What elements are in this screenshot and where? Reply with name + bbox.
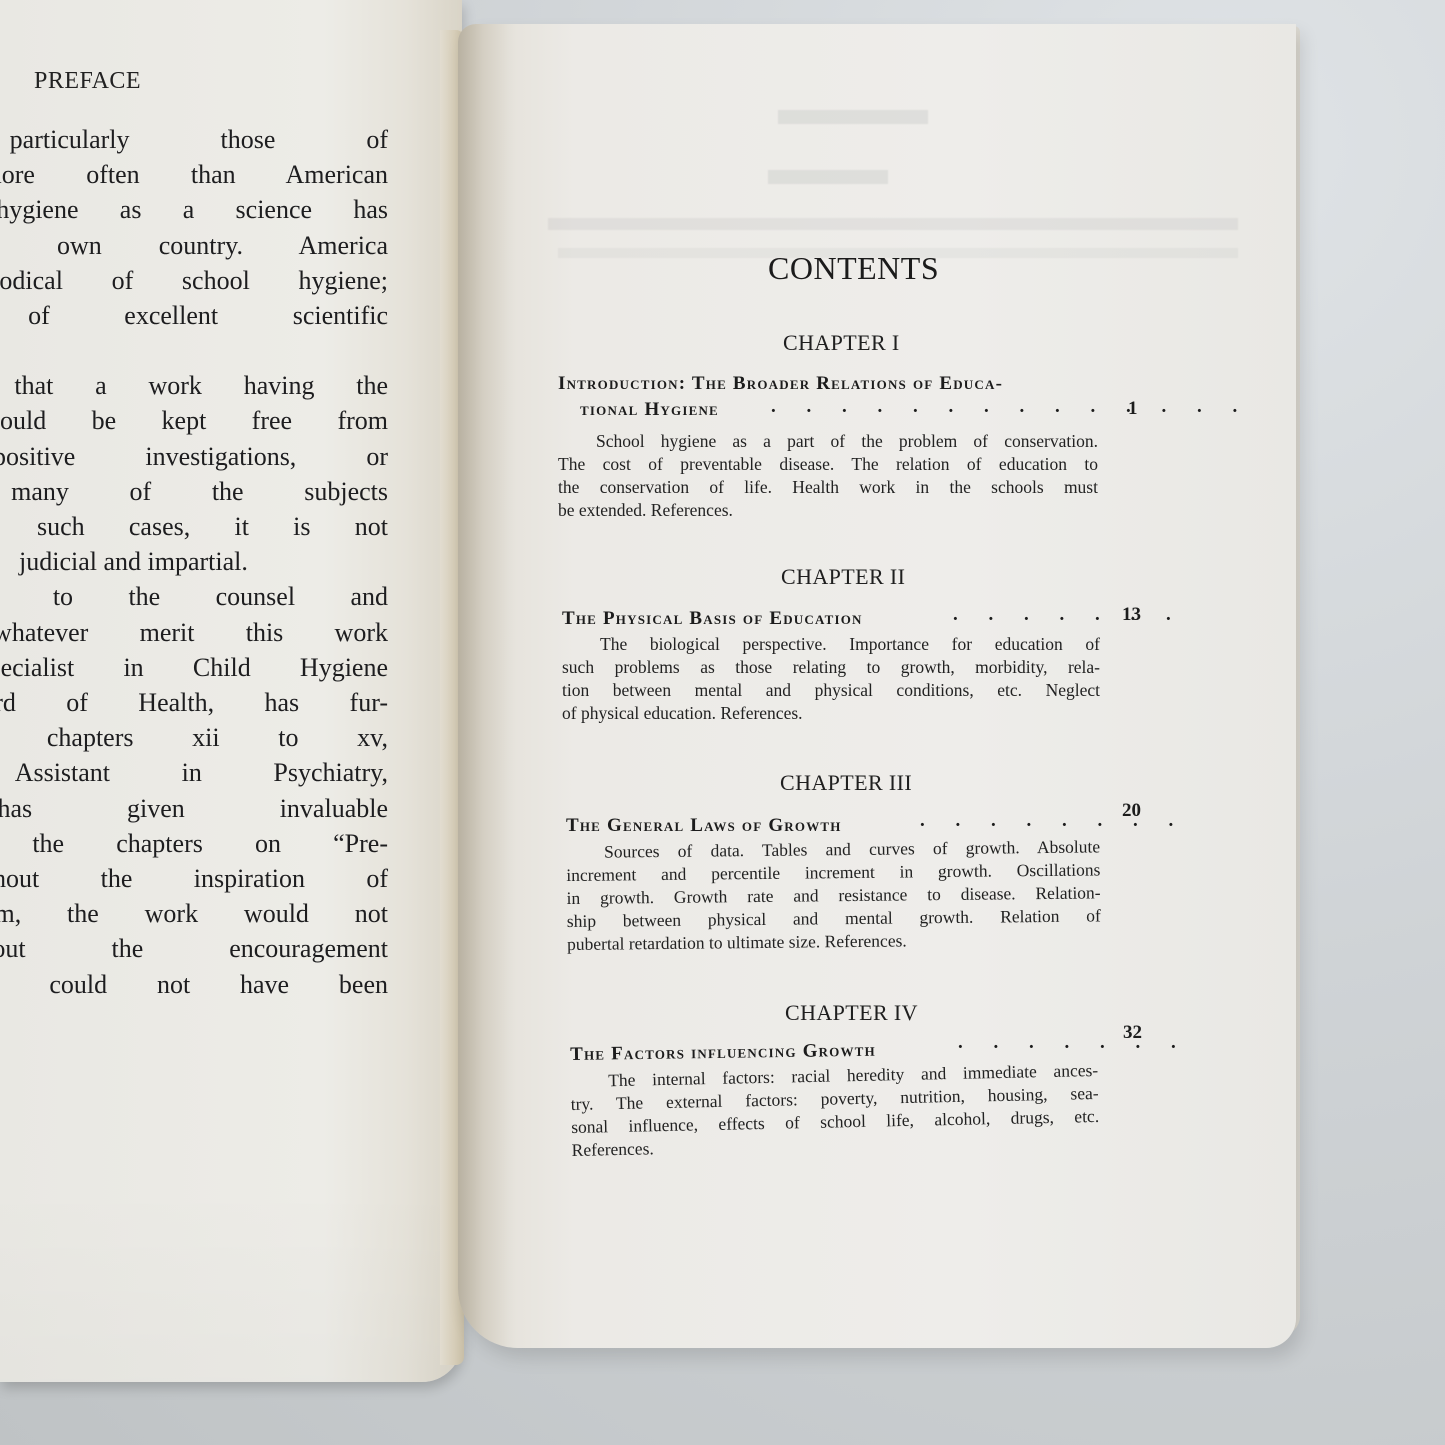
leader-dots: . . . . . . . . . . . . . . bbox=[771, 396, 1250, 418]
chapter-summary: Sources of data. Tables and curves of gr… bbox=[566, 835, 1101, 956]
preface-line: Hygiene.” Without the inspiration of bbox=[0, 861, 388, 896]
chapter-summary: The internal factors: racial heredity an… bbox=[570, 1059, 1100, 1162]
preface-line: cause school hygiene as a science has bbox=[0, 192, 388, 227]
preface-line: n to expect that a work having the bbox=[0, 368, 388, 403]
bleed-through bbox=[548, 218, 1238, 230]
preface-line: University, has given invaluable bbox=[0, 791, 388, 826]
right-page-contents: CONTENTS CHAPTER I Introduction: The Bro… bbox=[458, 24, 1296, 1348]
summary-line: The biological perspective. Importance f… bbox=[562, 633, 1100, 656]
preface-line: re quoted more often than American bbox=[0, 157, 388, 192]
chapter-heading: CHAPTER I bbox=[783, 330, 900, 356]
chapter-heading: CHAPTER III bbox=[780, 770, 912, 796]
preface-line: ndebted largely to the counsel and bbox=[0, 579, 388, 614]
chapter-summary: School hygiene as a part of the problem … bbox=[558, 430, 1098, 522]
leader-dots: . . . . . . . bbox=[958, 1032, 1189, 1054]
page-number: 1 bbox=[1128, 398, 1138, 420]
preface-body: vestigations, particularly those of re q… bbox=[0, 122, 388, 1002]
preface-line: the series, it could not have been bbox=[0, 967, 388, 1002]
preface-line: ent volume could be kept free from bbox=[0, 403, 388, 438]
preface-line: least four of excellent scientific bbox=[0, 298, 388, 333]
preface-line: ated in our own country. America bbox=[0, 228, 388, 263]
chapter-title: The General Laws of Growth bbox=[566, 815, 842, 837]
preface-line: preparation of the chapters on “Pre- bbox=[0, 826, 388, 861]
summary-line: School hygiene as a part of the problem … bbox=[558, 430, 1098, 453]
leader-dots: . . . . . . . . bbox=[920, 810, 1186, 832]
bleed-through bbox=[768, 170, 888, 184]
running-head: PREFACE bbox=[34, 68, 141, 95]
preface-line: rtaken; without the encouragement bbox=[0, 931, 388, 966]
preface-line: lack of positive investigations, or bbox=[0, 439, 388, 474]
bleed-through bbox=[778, 110, 928, 124]
chapter-heading: CHAPTER IV bbox=[785, 1000, 918, 1026]
preface-line: judicial and impartial. bbox=[0, 544, 388, 579]
preface-line: B. Huey, Assistant in Psychiatry, bbox=[0, 755, 388, 790]
summary-line: of physical education. References. bbox=[562, 702, 1100, 725]
preface-line: cting data, many of the subjects bbox=[0, 474, 388, 509]
chapter-title: The Physical Basis of Education bbox=[562, 608, 863, 630]
summary-line: the conservation of life. Health work in… bbox=[558, 476, 1098, 499]
page-number: 20 bbox=[1122, 800, 1141, 822]
gutter-shadow bbox=[458, 24, 516, 1348]
summary-line: pubertal retardation to ultimate size. R… bbox=[567, 927, 1101, 956]
chapter-title: The Factors influencing Growth bbox=[570, 1040, 876, 1066]
chapter-title: Introduction: The Broader Relations of E… bbox=[558, 373, 1003, 395]
chapter-summary: The biological perspective. Importance f… bbox=[562, 633, 1100, 725]
chapter-title: tional Hygiene bbox=[580, 399, 719, 421]
page-number: 13 bbox=[1122, 604, 1141, 626]
summary-line: tion between mental and physical conditi… bbox=[562, 679, 1100, 702]
preface-line: n dispute. In such cases, it is not bbox=[0, 509, 388, 544]
contents-title: CONTENTS bbox=[768, 250, 939, 287]
leader-dots: . . . . . . . bbox=[953, 604, 1184, 626]
page-number: 32 bbox=[1123, 1022, 1142, 1044]
preface-line: a State Board of Health, has fur- bbox=[0, 685, 388, 720]
summary-line: The cost of preventable disease. The rel… bbox=[558, 453, 1098, 476]
preface-line: friends for whatever merit this work bbox=[0, 615, 388, 650]
summary-line: be extended. References. bbox=[558, 499, 1098, 522]
paragraph-gap bbox=[0, 333, 388, 368]
preface-line: vestigations, particularly those of bbox=[0, 122, 388, 157]
summary-line: such problems as those relating to growt… bbox=[562, 656, 1100, 679]
chapter-heading: CHAPTER II bbox=[781, 564, 905, 590]
left-page-preface: PREFACE vestigations, particularly those… bbox=[0, 0, 462, 1382]
preface-line: B. Hoag, Specialist in Child Hygiene bbox=[0, 650, 388, 685]
preface-line: n H. Burnham, the work would not bbox=[0, 896, 388, 931]
preface-line: a single periodical of school hygiene; bbox=[0, 263, 388, 298]
preface-line: uggestions for chapters xii to xv, bbox=[0, 720, 388, 755]
